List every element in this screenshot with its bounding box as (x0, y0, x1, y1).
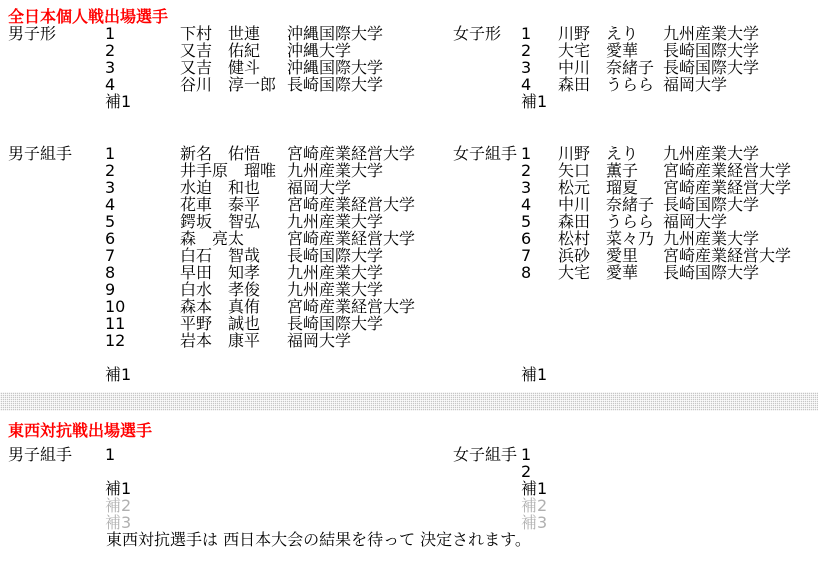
section-title-eastwest: 東西対抗戦出場選手 (0, 423, 818, 439)
university (663, 497, 818, 514)
athlete-name: 下村 世連 (180, 25, 287, 42)
athlete-name: 新名 佑悟 (180, 145, 287, 162)
table-row: 4谷川 淳一郎長崎国際大学4森田 うらら福岡大学 (0, 76, 818, 93)
entry-number: 10 (105, 298, 180, 315)
section-divider-bar (0, 392, 818, 411)
entry-number: 1 (105, 145, 180, 162)
entry-number (521, 349, 558, 366)
athlete-name: 大宅 愛華 (558, 42, 663, 59)
university (287, 446, 453, 463)
section-label (0, 42, 105, 59)
entry-number: 11 (105, 315, 180, 332)
athlete-name: 又吉 健斗 (180, 59, 287, 76)
entry-number: 2 (521, 463, 558, 480)
athlete-name: 大宅 愛華 (558, 264, 663, 281)
athlete-name (558, 463, 663, 480)
table-row: 男子組手1新名 佑悟宮崎産業経営大学女子組手1川野 えり九州産業大学 (0, 145, 818, 162)
athlete-name: 森 亮太 (180, 230, 287, 247)
athlete-name (180, 480, 287, 497)
university (287, 463, 453, 480)
university (287, 480, 453, 497)
athlete-name (558, 315, 663, 332)
entry-number: 1 (521, 446, 558, 463)
entry-number: 補3 (521, 514, 558, 531)
athlete-name (558, 281, 663, 298)
section-label (453, 93, 521, 110)
entry-number: 3 (521, 59, 558, 76)
university: 長崎国際大学 (663, 264, 818, 281)
athlete-name (558, 480, 663, 497)
entry-number: 1 (521, 145, 558, 162)
university: 宮崎産業経営大学 (287, 145, 453, 162)
table-row: 8早田 知孝九州産業大学8大宅 愛華長崎国際大学 (0, 264, 818, 281)
university (287, 497, 453, 514)
university: 福岡大学 (287, 332, 453, 349)
section-label (453, 247, 521, 264)
section-label (453, 298, 521, 315)
entry-number (521, 315, 558, 332)
entry-number: 補1 (521, 480, 558, 497)
entry-number: 1 (105, 446, 180, 463)
entry-number: 補1 (105, 366, 180, 383)
pre-divider-gap (0, 383, 818, 392)
section-label (0, 514, 105, 531)
title-gap (0, 439, 818, 446)
entry-number: 4 (521, 76, 558, 93)
university: 沖縄国際大学 (287, 25, 453, 42)
section-label (0, 332, 105, 349)
athlete-name (558, 93, 663, 110)
entry-number: 3 (521, 179, 558, 196)
entry-number: 7 (521, 247, 558, 264)
athlete-name (558, 497, 663, 514)
eastwest-table: 男子組手1女子組手12補1補1補2補2補3補3 (0, 446, 818, 531)
table-row: 12岩本 康平福岡大学 (0, 332, 818, 349)
university: 九州産業大学 (663, 25, 818, 42)
section-label: 男子組手 (0, 446, 105, 463)
section-label (0, 497, 105, 514)
section-label (0, 366, 105, 383)
university (663, 93, 818, 110)
table-row: 9白水 孝俊九州産業大学 (0, 281, 818, 298)
university: 長崎国際大学 (287, 247, 453, 264)
table-row: 男子形1下村 世連沖縄国際大学女子形1川野 えり九州産業大学 (0, 25, 818, 42)
section-label (0, 349, 105, 366)
table-row: 11平野 誠也長崎国際大学 (0, 315, 818, 332)
section-label (0, 281, 105, 298)
section-label (0, 315, 105, 332)
athlete-name: 鍔坂 智弘 (180, 213, 287, 230)
university (663, 298, 818, 315)
table-row: 5鍔坂 智弘九州産業大学5森田 うらら福岡大学 (0, 213, 818, 230)
section-label (453, 332, 521, 349)
athlete-name: 矢口 薫子 (558, 162, 663, 179)
entry-number: 2 (105, 42, 180, 59)
roster-page: 全日本個人戦出場選手 男子形1下村 世連沖縄国際大学女子形1川野 えり九州産業大… (0, 0, 818, 570)
section-label: 女子組手 (453, 145, 521, 162)
section-label (453, 59, 521, 76)
section-label: 女子形 (453, 25, 521, 42)
athlete-name: 森田 うらら (558, 76, 663, 93)
section-label (453, 281, 521, 298)
university (663, 463, 818, 480)
section-title-individual: 全日本個人戦出場選手 (0, 9, 818, 25)
section-label (453, 264, 521, 281)
university (663, 480, 818, 497)
entry-number: 9 (105, 281, 180, 298)
section-label: 女子組手 (453, 446, 521, 463)
table-row: 3又吉 健斗沖縄国際大学3中川 奈緒子長崎国際大学 (0, 59, 818, 76)
university: 長崎国際大学 (287, 315, 453, 332)
section-label (0, 247, 105, 264)
university: 宮崎産業経営大学 (287, 230, 453, 247)
university (663, 514, 818, 531)
university (287, 93, 453, 110)
table-row (0, 349, 818, 366)
section-label (0, 59, 105, 76)
section-label (453, 480, 521, 497)
athlete-name: 森田 うらら (558, 213, 663, 230)
university (663, 446, 818, 463)
entry-number (105, 463, 180, 480)
athlete-name: 川野 えり (558, 145, 663, 162)
university: 九州産業大学 (287, 264, 453, 281)
university: 九州産業大学 (663, 145, 818, 162)
entry-number: 補1 (521, 366, 558, 383)
entry-number: 4 (105, 196, 180, 213)
section-label (453, 213, 521, 230)
entry-number: 2 (105, 162, 180, 179)
university: 沖縄国際大学 (287, 59, 453, 76)
section-label (0, 76, 105, 93)
table-row: 2 (0, 463, 818, 480)
section-label (453, 366, 521, 383)
entry-number: 12 (105, 332, 180, 349)
entry-number: 6 (105, 230, 180, 247)
university (663, 366, 818, 383)
university: 福岡大学 (663, 76, 818, 93)
section-label (453, 179, 521, 196)
university (663, 281, 818, 298)
entry-number (521, 281, 558, 298)
section-label (453, 230, 521, 247)
entry-number: 補2 (521, 497, 558, 514)
entry-number: 3 (105, 179, 180, 196)
section-label (453, 349, 521, 366)
section-label (0, 179, 105, 196)
university: 長崎国際大学 (663, 42, 818, 59)
entry-number: 1 (105, 25, 180, 42)
section-label (453, 315, 521, 332)
athlete-name: 岩本 康平 (180, 332, 287, 349)
athlete-name: 森本 真侑 (180, 298, 287, 315)
section-label (0, 162, 105, 179)
table-row: 7白石 智哉長崎国際大学7浜砂 愛里宮崎産業経営大学 (0, 247, 818, 264)
section-label (0, 93, 105, 110)
table-row: 補1補1 (0, 366, 818, 383)
entry-number: 補1 (521, 93, 558, 110)
section-label (453, 42, 521, 59)
athlete-name: 花車 泰平 (180, 196, 287, 213)
section-label (0, 213, 105, 230)
table-row: 6森 亮太宮崎産業経営大学6松村 菜々乃九州産業大学 (0, 230, 818, 247)
section-label (0, 480, 105, 497)
athlete-name (558, 446, 663, 463)
university: 宮崎産業経営大学 (287, 196, 453, 213)
university (663, 332, 818, 349)
table-row: 補2補2 (0, 497, 818, 514)
athlete-name (180, 366, 287, 383)
athlete-name: 松元 瑠夏 (558, 179, 663, 196)
university: 福岡大学 (663, 213, 818, 230)
athlete-name (558, 298, 663, 315)
athlete-name: 白水 孝俊 (180, 281, 287, 298)
entry-number: 3 (105, 59, 180, 76)
university (663, 349, 818, 366)
section-label (0, 230, 105, 247)
athlete-name: 谷川 淳一郎 (180, 76, 287, 93)
section-label (0, 298, 105, 315)
entry-number: 8 (521, 264, 558, 281)
table-row: 4花車 泰平宮崎産業経営大学4中川 奈緒子長崎国際大学 (0, 196, 818, 213)
table-row: 2又吉 佑紀沖縄大学2大宅 愛華長崎国際大学 (0, 42, 818, 59)
athlete-name: 浜砂 愛里 (558, 247, 663, 264)
athlete-name: 川野 えり (558, 25, 663, 42)
athlete-name (558, 349, 663, 366)
section-label (453, 463, 521, 480)
table-row: 男子組手1女子組手1 (0, 446, 818, 463)
table-row: 10森本 真侑宮崎産業経営大学 (0, 298, 818, 315)
kata-table: 男子形1下村 世連沖縄国際大学女子形1川野 えり九州産業大学2又吉 佑紀沖縄大学… (0, 25, 818, 110)
table-row: 補3補3 (0, 514, 818, 531)
athlete-name: 井手原 瑠唯 (180, 162, 287, 179)
university (663, 315, 818, 332)
entry-number: 補1 (105, 93, 180, 110)
section-label (453, 76, 521, 93)
entry-number: 7 (105, 247, 180, 264)
athlete-name: 水迫 和也 (180, 179, 287, 196)
university: 九州産業大学 (287, 281, 453, 298)
entry-number: 1 (521, 25, 558, 42)
entry-number: 8 (105, 264, 180, 281)
entry-number (105, 349, 180, 366)
entry-number: 2 (521, 42, 558, 59)
university: 九州産業大学 (663, 230, 818, 247)
entry-number: 補3 (105, 514, 180, 531)
table-row: 2井手原 瑠唯九州産業大学2矢口 薫子宮崎産業経営大学 (0, 162, 818, 179)
note-text: 東西対抗選手は 西日本大会の結果を待って 決定されます。 (0, 531, 818, 548)
section-label (453, 497, 521, 514)
athlete-name (180, 93, 287, 110)
university: 宮崎産業経営大学 (287, 298, 453, 315)
section-label (453, 514, 521, 531)
university: 長崎国際大学 (287, 76, 453, 93)
athlete-name: 白石 智哉 (180, 247, 287, 264)
athlete-name (180, 463, 287, 480)
entry-number (521, 298, 558, 315)
athlete-name: 松村 菜々乃 (558, 230, 663, 247)
university: 九州産業大学 (287, 162, 453, 179)
entry-number: 補1 (105, 480, 180, 497)
university (287, 349, 453, 366)
section-label (453, 196, 521, 213)
entry-number: 5 (521, 213, 558, 230)
table-row: 3水迫 和也福岡大学3松元 瑠夏宮崎産業経営大学 (0, 179, 818, 196)
athlete-name (180, 349, 287, 366)
entry-number: 5 (105, 213, 180, 230)
athlete-name: 又吉 佑紀 (180, 42, 287, 59)
section-label (0, 264, 105, 281)
athlete-name (180, 446, 287, 463)
university: 沖縄大学 (287, 42, 453, 59)
table-row: 補1補1 (0, 93, 818, 110)
university: 宮崎産業経営大学 (663, 179, 818, 196)
section-label (0, 196, 105, 213)
university (287, 366, 453, 383)
university (287, 514, 453, 531)
university: 福岡大学 (287, 179, 453, 196)
section-gap (0, 110, 818, 145)
section-label: 男子形 (0, 25, 105, 42)
athlete-name (180, 497, 287, 514)
athlete-name (180, 514, 287, 531)
entry-number: 2 (521, 162, 558, 179)
section-label (0, 463, 105, 480)
entry-number: 6 (521, 230, 558, 247)
university: 長崎国際大学 (663, 59, 818, 76)
athlete-name: 早田 知孝 (180, 264, 287, 281)
entry-number: 補2 (105, 497, 180, 514)
athlete-name (558, 332, 663, 349)
athlete-name: 平野 誠也 (180, 315, 287, 332)
table-row: 補1補1 (0, 480, 818, 497)
university: 長崎国際大学 (663, 196, 818, 213)
section-label (453, 162, 521, 179)
entry-number: 4 (105, 76, 180, 93)
kumite-table: 男子組手1新名 佑悟宮崎産業経営大学女子組手1川野 えり九州産業大学2井手原 瑠… (0, 145, 818, 383)
university: 宮崎産業経営大学 (663, 162, 818, 179)
athlete-name: 中川 奈緒子 (558, 196, 663, 213)
entry-number: 4 (521, 196, 558, 213)
university: 宮崎産業経営大学 (663, 247, 818, 264)
section-label: 男子組手 (0, 145, 105, 162)
athlete-name (558, 514, 663, 531)
athlete-name (558, 366, 663, 383)
entry-number (521, 332, 558, 349)
athlete-name: 中川 奈緒子 (558, 59, 663, 76)
university: 九州産業大学 (287, 213, 453, 230)
